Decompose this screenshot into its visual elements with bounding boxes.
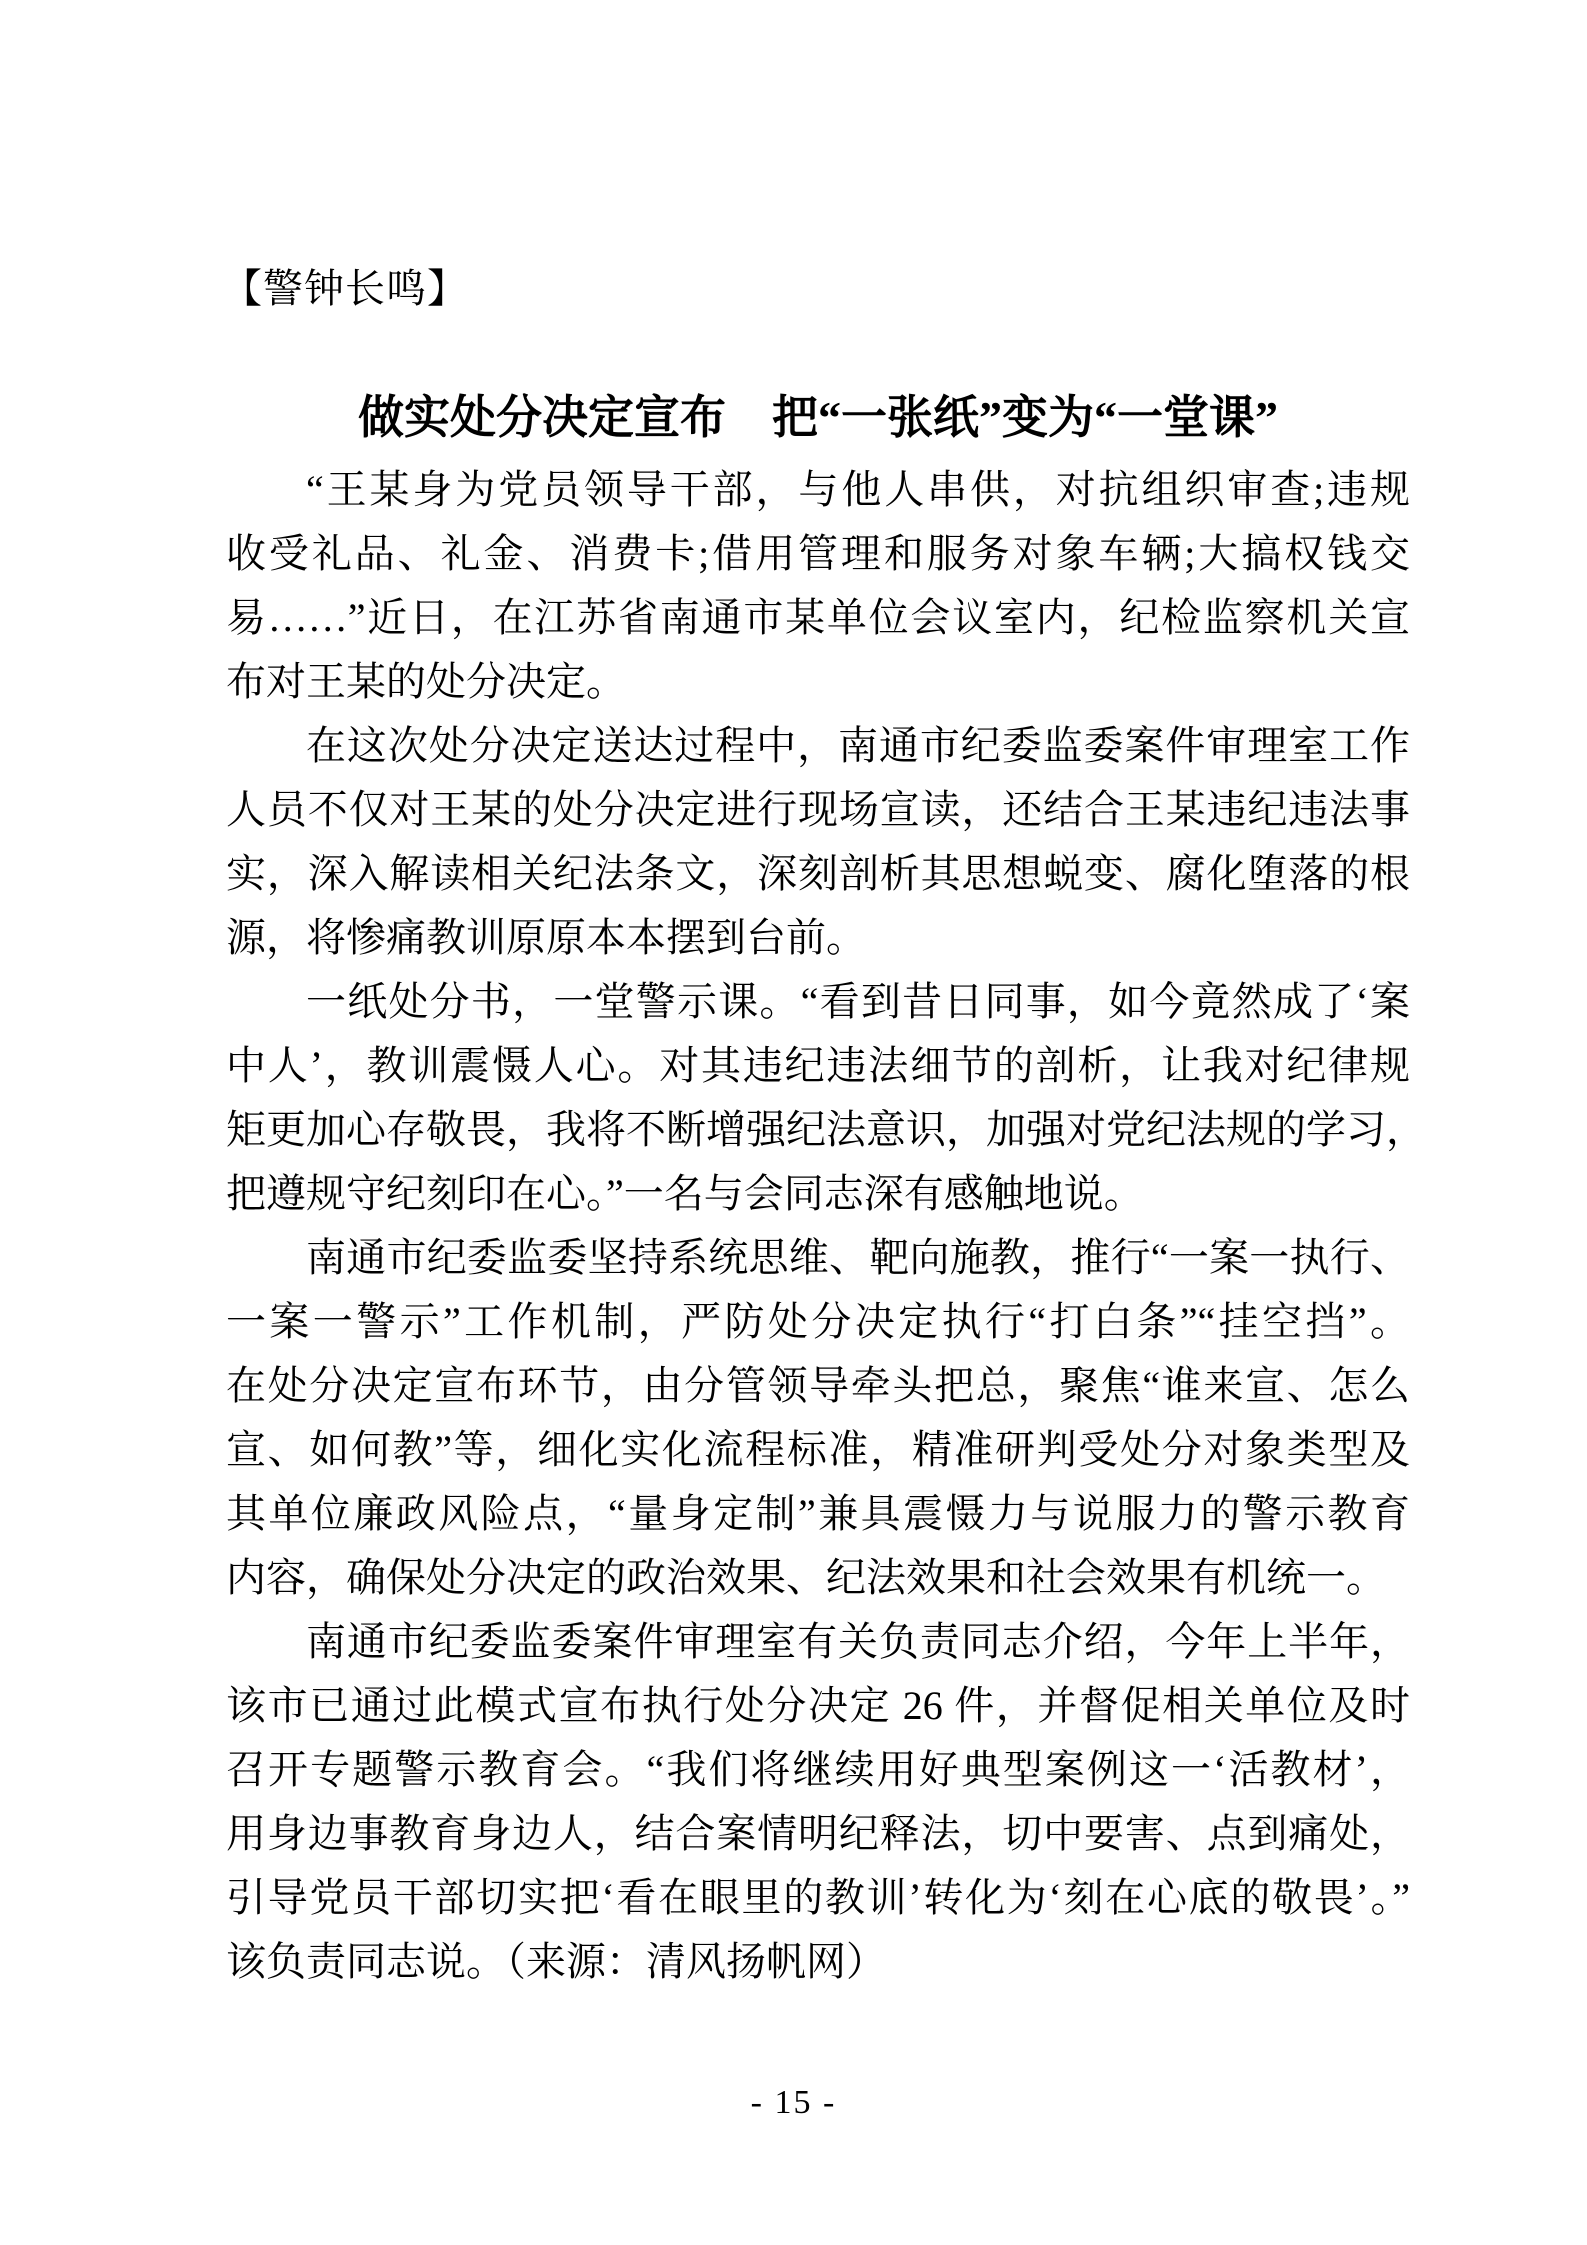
text-line: 用身边事教育身边人，结合案情明纪释法，切中要害、点到痛处，: [226, 1802, 1410, 1866]
text-line: 南通市纪委监委坚持系统思维、靶向施教，推行“一案一执行、: [226, 1226, 1410, 1290]
text-line: 收受礼品、礼金、消费卡;借用管理和服务对象车辆;大搞权钱交: [226, 522, 1410, 586]
page-number: - 15 -: [0, 2084, 1587, 2122]
text-line: 在处分决定宣布环节，由分管领导牵头把总，聚焦“谁来宣、怎么: [226, 1354, 1410, 1418]
text-line: 人员不仅对王某的处分决定进行现场宣读，还结合王某违纪违法事: [226, 778, 1410, 842]
text-line: 把遵规守纪刻印在心。”一名与会同志深有感触地说。: [226, 1162, 1410, 1226]
text-line: 在这次处分决定送达过程中，南通市纪委监委案件审理室工作: [226, 714, 1410, 778]
text-line: 中人’，教训震慑人心。对其违纪违法细节的剖析，让我对纪律规: [226, 1034, 1410, 1098]
text-line: 该市已通过此模式宣布执行处分决定 26 件，并督促相关单位及时: [226, 1674, 1410, 1738]
text-line: 其单位廉政风险点，“量身定制”兼具震慑力与说服力的警示教育: [226, 1482, 1410, 1546]
text-line: 源，将惨痛教训原原本本摆到台前。: [226, 906, 1410, 970]
document-page: 【警钟长鸣】 做实处分决定宣布 把“一张纸”变为“一堂课” “王某身为党员领导干…: [0, 0, 1587, 2245]
text-line: 易……”近日，在江苏省南通市某单位会议室内，纪检监察机关宣: [226, 586, 1410, 650]
text-line: 布对王某的处分决定。: [226, 650, 1410, 714]
text-line: 内容，确保处分决定的政治效果、纪法效果和社会效果有机统一。: [226, 1546, 1410, 1610]
text-line: 矩更加心存敬畏，我将不断增强纪法意识，加强对党纪法规的学习，: [226, 1098, 1410, 1162]
article-body: “王某身为党员领导干部，与他人串供，对抗组织审查;违规收受礼品、礼金、消费卡;借…: [226, 458, 1410, 1994]
text-line: 宣、如何教”等，细化实化流程标准，精准研判受处分对象类型及: [226, 1418, 1410, 1482]
text-line: 南通市纪委监委案件审理室有关负责同志介绍，今年上半年，: [226, 1610, 1410, 1674]
text-line: “王某身为党员领导干部，与他人串供，对抗组织审查;违规: [226, 458, 1410, 522]
text-line: 引导党员干部切实把‘看在眼里的教训’转化为‘刻在心底的敬畏’。”: [226, 1866, 1410, 1930]
text-line: 一纸处分书，一堂警示课。“看到昔日同事，如今竟然成了‘案: [226, 970, 1410, 1034]
text-line: 一案一警示”工作机制，严防处分决定执行“打白条”“挂空挡”。: [226, 1290, 1410, 1354]
text-line: 召开专题警示教育会。“我们将继续用好典型案例这一‘活教材’，: [226, 1738, 1410, 1802]
text-line: 实，深入解读相关纪法条文，深刻剖析其思想蜕变、腐化堕落的根: [226, 842, 1410, 906]
section-header: 【警钟长鸣】: [222, 266, 468, 312]
article-title: 做实处分决定宣布 把“一张纸”变为“一堂课”: [226, 390, 1410, 445]
text-line: 该负责同志说。（来源：清风扬帆网）: [226, 1930, 1410, 1994]
